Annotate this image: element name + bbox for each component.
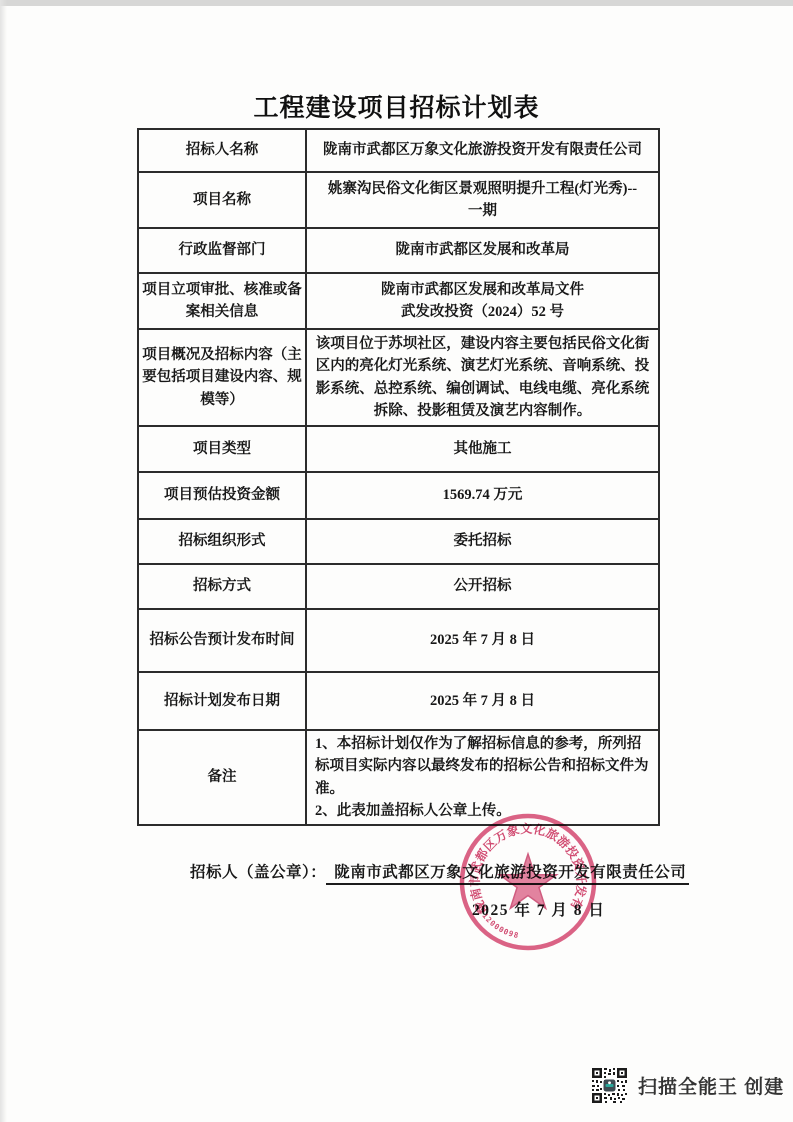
row-value-supervisory-dept: 陇南市武都区发展和改革局 xyxy=(307,229,658,272)
table-row: 行政监督部门 陇南市武都区发展和改革局 xyxy=(139,227,658,272)
row-label-plan-release-date: 招标计划发布日期 xyxy=(139,673,307,729)
scanned-document-page: 工程建设项目招标计划表 招标人名称 陇南市武都区万象文化旅游投资开发有限责任公司… xyxy=(0,0,793,1122)
row-value-announcement-date: 2025 年 7 月 8 日 xyxy=(307,610,658,671)
seal-star-icon xyxy=(499,854,556,908)
table-row: 项目类型 其他施工 xyxy=(139,425,658,471)
bidding-plan-table: 招标人名称 陇南市武都区万象文化旅游投资开发有限责任公司 项目名称 姚寨沟民俗文… xyxy=(137,128,660,826)
camscanner-watermark: 扫描全能王 创建 xyxy=(592,1068,784,1103)
svg-text:621200009804: 621200009804 xyxy=(448,802,520,940)
row-label-bidding-method: 招标方式 xyxy=(139,565,307,608)
table-row: 招标计划发布日期 2025 年 7 月 8 日 xyxy=(139,671,658,729)
table-row: 项目名称 姚寨沟民俗文化街区景观照明提升工程(灯光秀)-- 一期 xyxy=(139,171,658,227)
table-row: 项目概况及招标内容（主要包括项目建设内容、规模等） 该项目位于苏坝社区，建设内容… xyxy=(139,328,658,425)
row-value-bidder-name: 陇南市武都区万象文化旅游投资开发有限责任公司 xyxy=(307,130,658,171)
table-row: 招标组织形式 委托招标 xyxy=(139,518,658,563)
table-row: 招标方式 公开招标 xyxy=(139,563,658,608)
scan-edge-artifact-left xyxy=(0,0,7,1122)
company-seal-stamp: 陇南市武都区万象文化旅游投资开发有限责任公司 621200009804 xyxy=(448,802,608,962)
watermark-text: 扫描全能王 创建 xyxy=(638,1072,784,1099)
row-label-remarks: 备注 xyxy=(139,731,307,824)
row-value-plan-release-date: 2025 年 7 月 8 日 xyxy=(307,673,658,729)
signature-label: 招标人（盖公章）： xyxy=(190,864,326,881)
row-value-project-name: 姚寨沟民俗文化街区景观照明提升工程(灯光秀)-- 一期 xyxy=(307,173,658,227)
row-value-project-type: 其他施工 xyxy=(307,427,658,471)
row-value-approval-info: 陇南市武都区发展和改革局文件 武发改投资（2024）52 号 xyxy=(307,274,658,328)
page-title: 工程建设项目招标计划表 xyxy=(0,88,793,124)
row-value-bidding-method: 公开招标 xyxy=(307,565,658,608)
table-row: 项目预估投资金额 1569.74 万元 xyxy=(139,471,658,518)
qr-code-icon xyxy=(592,1068,627,1103)
row-label-supervisory-dept: 行政监督部门 xyxy=(139,229,307,272)
row-label-project-overview: 项目概况及招标内容（主要包括项目建设内容、规模等） xyxy=(139,330,307,425)
row-label-project-name: 项目名称 xyxy=(139,173,307,227)
row-value-organization-form: 委托招标 xyxy=(307,520,658,563)
table-row: 招标公告预计发布时间 2025 年 7 月 8 日 xyxy=(139,608,658,671)
row-label-organization-form: 招标组织形式 xyxy=(139,520,307,563)
row-label-approval-info: 项目立项审批、核准或备案相关信息 xyxy=(139,274,307,328)
table-row: 招标人名称 陇南市武都区万象文化旅游投资开发有限责任公司 xyxy=(139,130,658,171)
scan-edge-artifact-top xyxy=(0,0,793,6)
row-label-announcement-date: 招标公告预计发布时间 xyxy=(139,610,307,671)
row-value-estimated-investment: 1569.74 万元 xyxy=(307,473,658,518)
row-label-bidder-name: 招标人名称 xyxy=(139,130,307,171)
row-label-project-type: 项目类型 xyxy=(139,427,307,471)
row-value-project-overview: 该项目位于苏坝社区，建设内容主要包括民俗文化街区内的亮化灯光系统、演艺灯光系统、… xyxy=(307,330,658,425)
row-label-estimated-investment: 项目预估投资金额 xyxy=(139,473,307,518)
seal-serial-number: 621200009804 xyxy=(448,802,520,940)
table-row: 项目立项审批、核准或备案相关信息 陇南市武都区发展和改革局文件 武发改投资（20… xyxy=(139,272,658,328)
